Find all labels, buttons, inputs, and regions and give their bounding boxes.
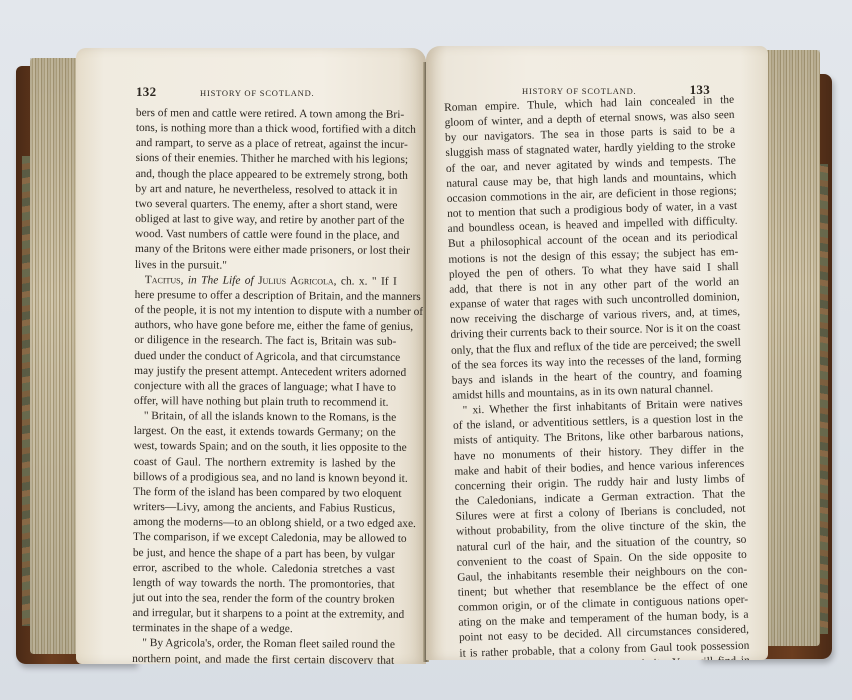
text-line: of the people, it is not my intention to…: [135, 303, 397, 320]
text-line: two several quarters. The enemy, after a…: [135, 197, 397, 214]
text-line: " By Agricola's, order, the Roman fleet …: [132, 636, 394, 653]
running-head-title: HISTORY OF SCOTLAND.: [522, 86, 636, 96]
text-line: conjecture with all the graces of langua…: [134, 379, 396, 396]
page-edges-right: [762, 50, 820, 646]
book-photo: 132 HISTORY OF SCOTLAND. bers of men and…: [0, 0, 852, 700]
text-line: many of the Britons were either made pri…: [135, 242, 397, 259]
text-line: coast of Gaul. The northern extremity is…: [133, 455, 395, 472]
text-line: by art and nature, he nevertheless, reso…: [135, 182, 397, 199]
text-line: here presume to offer a description of B…: [135, 288, 397, 305]
running-head-left: 132 HISTORY OF SCOTLAND.: [76, 86, 426, 102]
text-line: bers of men and cattle were retired. A t…: [136, 106, 398, 123]
text-line: offer, will have nothing but plain truth…: [134, 394, 396, 411]
text-line: northern point, and made the first certa…: [132, 652, 394, 664]
text-line: lives in the pursuit.": [135, 258, 397, 275]
text-line: be just, and hence the shape of a part h…: [133, 546, 395, 563]
running-head-title: HISTORY OF SCOTLAND.: [200, 88, 314, 98]
text-line: or diligence in the research. The fact i…: [134, 333, 396, 350]
text-line: west, towards Spain; and on the south, i…: [134, 439, 396, 456]
text-line: " Britain, of all the islands known to t…: [134, 409, 396, 426]
right-page: HISTORY OF SCOTLAND. 133 Roman empire. T…: [426, 46, 768, 660]
text-line: may justify the present attempt. Anteced…: [134, 364, 396, 381]
left-page-body: bers of men and cattle were retired. A t…: [132, 106, 398, 664]
text-line: Tacitus, in The Life of Julius Agricola,…: [135, 273, 397, 290]
text-line: and rampart, to serve as a place of retr…: [136, 136, 398, 153]
text-line: tons, is nothing more than a thick wood,…: [136, 121, 398, 138]
text-line: and, though the place appeared to be ext…: [135, 167, 397, 184]
text-line: wood. Vast numbers of cattle were found …: [135, 227, 397, 244]
text-line: sions of their enemies. Thither he march…: [136, 151, 398, 168]
text-line: largest. On the east, it extends towards…: [134, 424, 396, 441]
text-line: dued under the conduct of Agricola, and …: [134, 348, 396, 365]
right-page-body: Roman empire. Thule, which had lain conc…: [444, 93, 750, 660]
text-line: error, ascribed to the whole. Caledonia …: [133, 561, 395, 578]
left-page: 132 HISTORY OF SCOTLAND. bers of men and…: [76, 48, 426, 664]
text-line: authors, who have gone before me, either…: [134, 318, 396, 335]
text-line: obliged at last to give way, and retire …: [135, 212, 397, 229]
page-number: 132: [136, 84, 156, 100]
text-line: The comparison, if we except Caledonia, …: [133, 530, 395, 547]
text-line: billows of a prodigious sea, and no land…: [133, 470, 395, 487]
